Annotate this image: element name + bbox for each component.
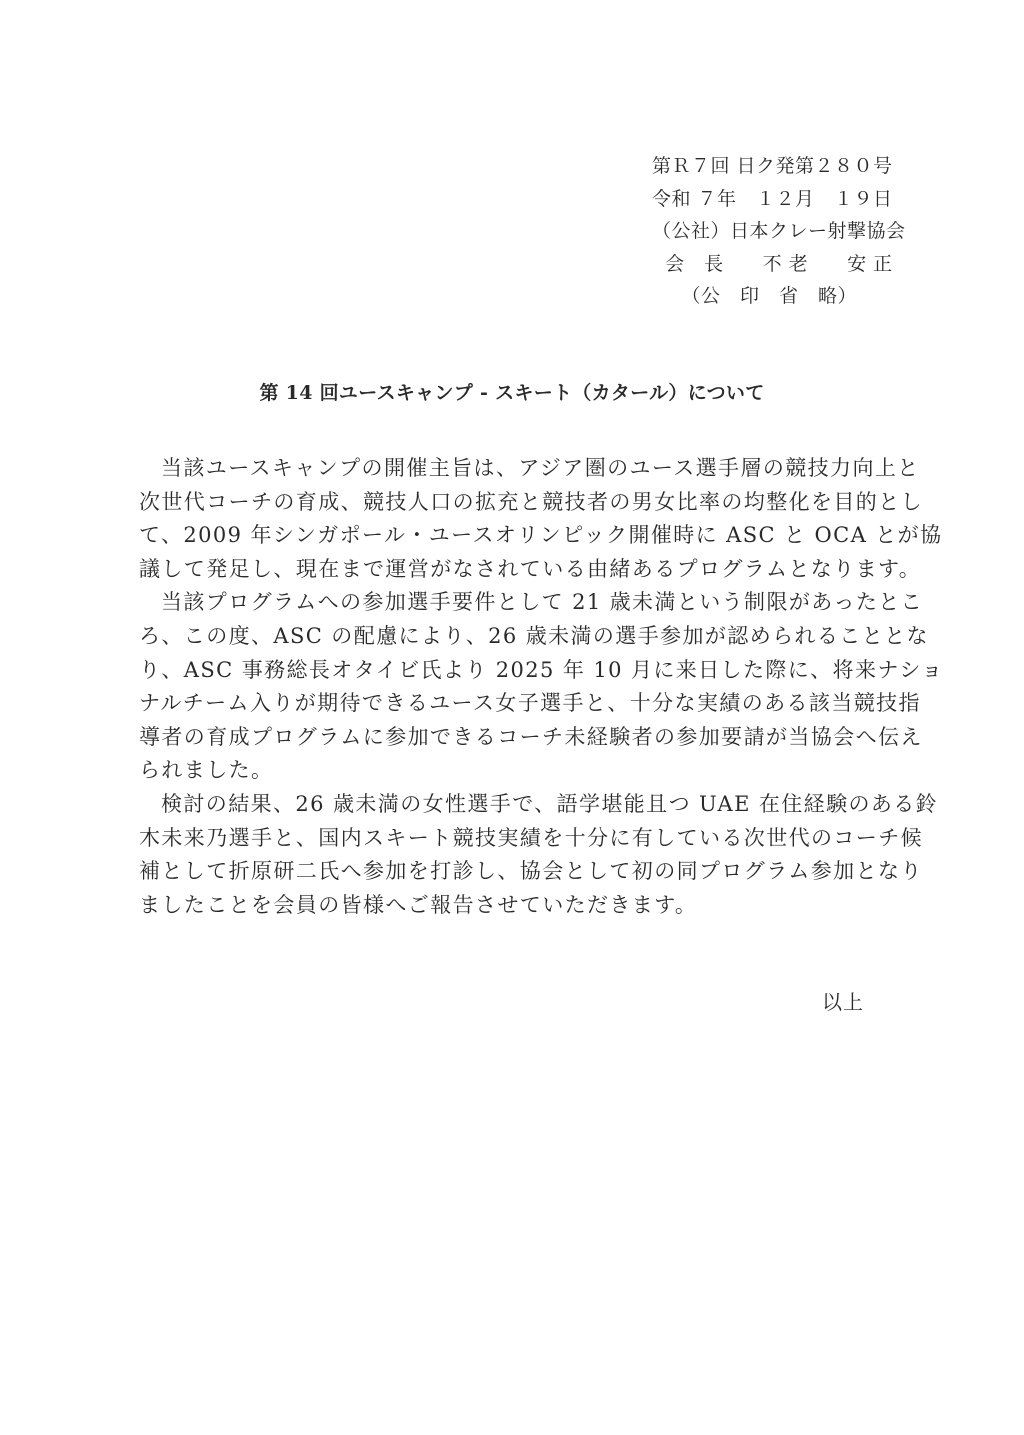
body-line: 導者の育成プログラムに参加できるコーチ未経験者の参加要請が当協会へ伝え	[139, 721, 891, 755]
issue-date: 令和 ７年 １２月 １９日	[652, 183, 902, 216]
body-line: り、ASC 事務総長オタイビ氏より 2025 年 10 月に来日した際に、将来ナ…	[139, 654, 891, 688]
seal-note: （公 印 省 略）	[652, 280, 902, 313]
paragraph-result: 検討の結果、26 歳未満の女性選手で、語学堪能且つ UAE 在住経験のある鈴 木…	[139, 788, 891, 922]
body-line: 次世代コーチの育成、競技人口の拡充と競技者の男女比率の均整化を目的とし	[139, 486, 891, 520]
document-page: 第Ｒ７回 日ク発第２８０号 令和 ７年 １２月 １９日 （公社）日本クレー射撃協…	[0, 0, 1024, 1435]
paragraph-requirements: 当該プログラムへの参加選手要件として 21 歳未満という制限があったとこ ろ、こ…	[139, 586, 891, 788]
body-line: られました。	[139, 754, 891, 788]
body-line: 議して発足し、現在まで運営がなされている由緒あるプログラムとなります。	[139, 553, 891, 587]
document-header: 第Ｒ７回 日ク発第２８０号 令和 ７年 １２月 １９日 （公社）日本クレー射撃協…	[652, 150, 902, 313]
body-line: ろ、この度、ASC の配慮により、26 歳未満の選手参加が認められることとな	[139, 620, 891, 654]
body-line: 補として折原研二氏へ参加を打診し、協会として初の同プログラム参加となり	[139, 855, 891, 889]
document-body: 当該ユースキャンプの開催主旨は、アジア圏のユース選手層の競技力向上と 次世代コー…	[139, 452, 891, 922]
paragraph-purpose: 当該ユースキャンプの開催主旨は、アジア圏のユース選手層の競技力向上と 次世代コー…	[139, 452, 891, 586]
body-line: ナルチーム入りが期待できるユース女子選手と、十分な実績のある該当競技指	[139, 687, 891, 721]
body-line: て、2009 年シンガポール・ユースオリンピック開催時に ASC と OCA と…	[139, 519, 891, 553]
body-line: 木未来乃選手と、国内スキート競技実績を十分に有している次世代のコーチ候	[139, 822, 891, 856]
reference-number: 第Ｒ７回 日ク発第２８０号	[652, 150, 902, 183]
body-line: ましたことを会員の皆様へご報告させていただきます。	[139, 889, 891, 923]
body-line: 検討の結果、26 歳未満の女性選手で、語学堪能且つ UAE 在住経験のある鈴	[139, 788, 891, 822]
closing-remark: 以上	[822, 986, 864, 1015]
body-line: 当該プログラムへの参加選手要件として 21 歳未満という制限があったとこ	[139, 586, 891, 620]
document-title: 第 14 回ユースキャンプ - スキート（カタール）について	[0, 378, 1024, 405]
organization-name: （公社）日本クレー射撃協会	[652, 215, 902, 248]
body-line: 当該ユースキャンプの開催主旨は、アジア圏のユース選手層の競技力向上と	[139, 452, 891, 486]
signatory: 会 長 不 老 安 正	[652, 248, 902, 281]
